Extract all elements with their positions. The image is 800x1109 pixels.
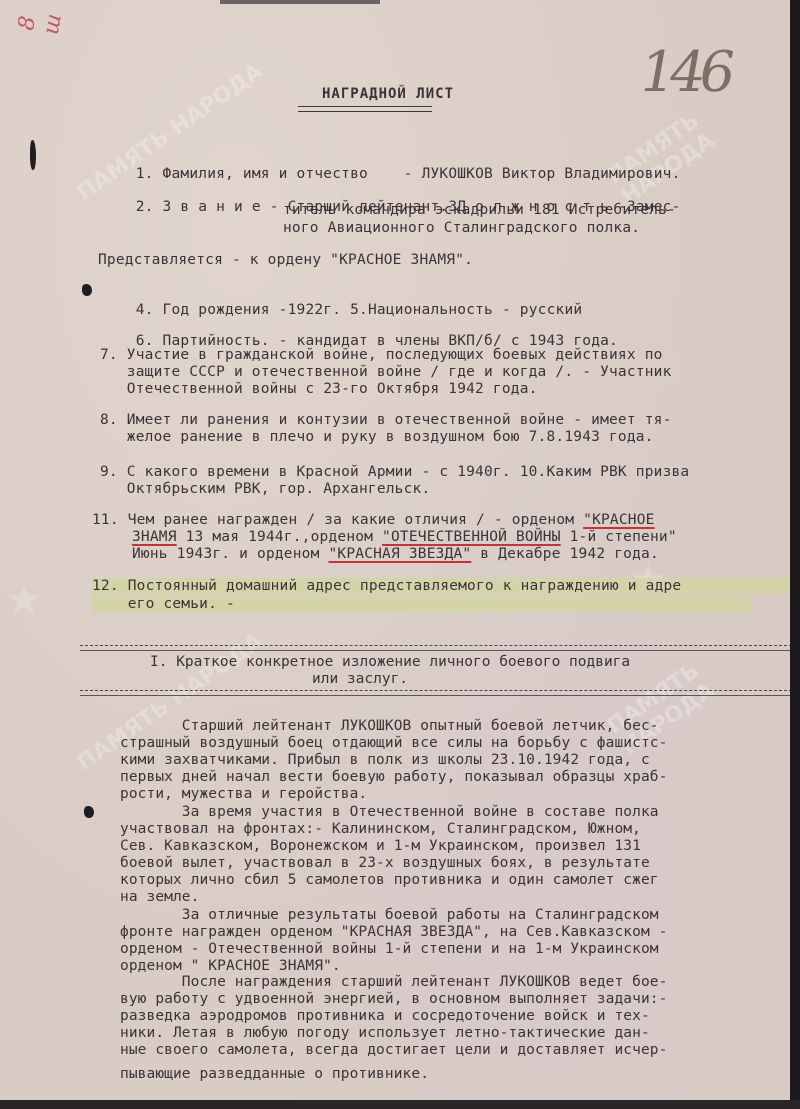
narrative-line: на земле. (120, 889, 199, 905)
item-11-line: 11. Чем ранее награжден / за какие отлич… (92, 512, 655, 528)
section-separator (80, 645, 792, 651)
narrative-line: пывающие разведданные о противнике. (120, 1066, 429, 1082)
field-value: -1922г. (279, 302, 342, 318)
title-underline (298, 106, 432, 112)
scan-edge (220, 0, 380, 4)
field-label: Фамилия, имя и отчество (163, 166, 368, 182)
document-title: НАГРАДНОЙ ЛИСТ (322, 86, 454, 102)
document-page: ПАМЯТЬ НАРОДА ПАМЯТЬ НАРОДА ПАМЯТЬ НАРОД… (0, 0, 790, 1100)
item-8-line: желое ранение в плечо и руку в воздушном… (100, 429, 654, 445)
narrative-line: За отличные результаты боевой работы на … (120, 907, 659, 923)
narrative-line: ные своего самолета, всегда достигает це… (120, 1042, 667, 1058)
item-12-line: его семьи. - (92, 596, 752, 612)
field-continuation: титель командира эскадрильи 181 Истребит… (283, 202, 676, 218)
star-watermark-icon: ★ (6, 560, 42, 630)
narrative-line: ники. Летая в любую погоду использует ле… (120, 1025, 650, 1041)
item-7-line: Отечественной войны с 23-го Октября 1942… (100, 381, 538, 397)
punch-hole-icon (82, 284, 92, 296)
item-7-line: защите СССР и отечественной войне / где … (100, 364, 672, 380)
narrative-line: Сев. Кавказском, Воронежском и 1-м Украи… (120, 838, 641, 854)
field-value: - русский (502, 302, 582, 318)
item-9-line: Октябрьским РВК, гор. Архангельск. (100, 481, 430, 497)
section-separator (80, 690, 792, 696)
field-value: - ЛУКОШКОВ Виктор Владимирович. (404, 166, 681, 182)
punch-hole-icon (30, 140, 36, 170)
narrative-line: кими захватчиками. Прибыл в полк из школ… (120, 752, 650, 768)
punch-hole-icon (84, 806, 94, 818)
field-continuation: ного Авиационного Сталинградского полка. (283, 220, 640, 236)
award-red-banner: "КРАСНОЕ (583, 512, 654, 528)
narrative-line: разведка аэродромов противника и сосредо… (120, 1008, 650, 1024)
field-label: Год рождения (163, 302, 270, 318)
section-heading: или заслуг. (312, 671, 408, 687)
narrative-line: фронте награжден орденом "КРАСНАЯ ЗВЕЗДА… (120, 924, 667, 940)
narrative-line: После награждения старший лейтенант ЛУКО… (120, 974, 667, 990)
award-patriotic-war: "ОТЕЧЕСТВЕННОЙ ВОЙНЫ (382, 529, 561, 545)
scan-edge (0, 1100, 800, 1109)
handwritten-margin-note: 8 ш (14, 0, 98, 42)
narrative-line: которых лично сбил 5 самолетов противник… (120, 872, 659, 888)
item-12-line: 12. Постоянный домашний адрес представля… (92, 578, 792, 594)
narrative-line: орденом - Отечественной войны 1-й степен… (120, 941, 659, 957)
narrative-line: первых дней начал вести боевую работу, п… (120, 769, 667, 785)
section-heading: I. Краткое конкретное изложение личного … (150, 654, 630, 670)
narrative-line: орденом " КРАСНОЕ ЗНАМЯ". (120, 958, 341, 974)
handwritten-page-number: 146 (634, 40, 734, 105)
narrative-line: участвовал на фронтах:- Калининском, Ста… (120, 821, 641, 837)
narrative-line: За время участия в Отечественной войне в… (120, 804, 659, 820)
presented-for-award: Представляется - к ордену "КРАСНОЕ ЗНАМЯ… (98, 252, 473, 268)
item-7-line: 7. Участие в гражданской войне, последую… (100, 347, 663, 363)
narrative-line: боевой вылет, участвовал в 23-х воздушны… (120, 855, 650, 871)
narrative-line: вую работу с удвоенной энергией, в основ… (120, 991, 667, 1007)
item-11-line: Июнь 1943г. и орденом "КРАСНАЯ ЗВЕЗДА" в… (132, 546, 659, 562)
item-8-line: 8. Имеет ли ранения и контузии в отечест… (100, 412, 672, 428)
narrative-line: Старший лейтенант ЛУКОШКОВ опытный боево… (120, 718, 659, 734)
field-label: З в а н и е (163, 199, 261, 215)
narrative-line: страшный воздушный боец отдающий все сил… (120, 735, 667, 751)
narrative-line: рости, мужества и геройства. (120, 786, 367, 802)
item-11-line: ЗНАМЯ 13 мая 1944г.,орденом "ОТЕЧЕСТВЕНН… (132, 529, 677, 545)
item-9-line: 9. С какого времени в Красной Армии - с … (100, 464, 689, 480)
field-label: 5.Национальность (350, 302, 493, 318)
award-red-star: "КРАСНАЯ ЗВЕЗДА" (328, 546, 471, 562)
scan-edge (790, 0, 800, 1109)
